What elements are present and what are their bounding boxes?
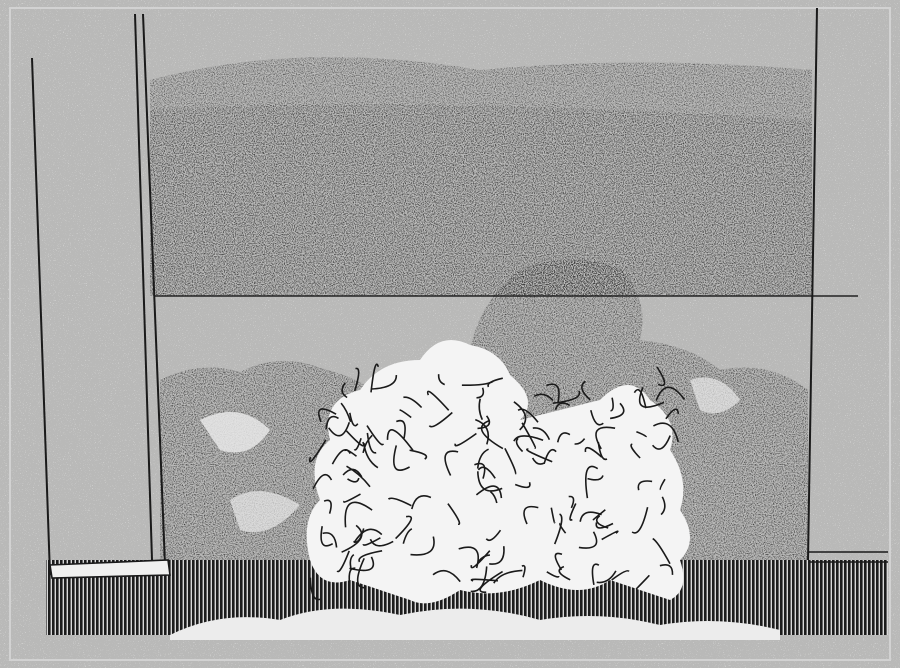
sky [150, 57, 812, 296]
etching-artwork [0, 0, 900, 668]
artwork-canvas [0, 0, 900, 668]
